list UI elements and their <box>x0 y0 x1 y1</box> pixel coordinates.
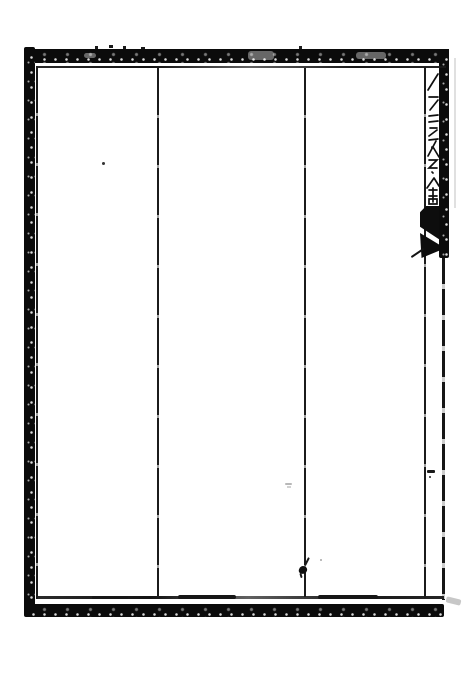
edge-speck <box>109 45 113 48</box>
glyph-fragment <box>429 160 437 173</box>
faint-smudge <box>285 483 292 485</box>
bottom-border-gray-tail <box>445 596 461 605</box>
column-divider-2 <box>304 68 306 597</box>
inner-frame-left-rule <box>36 66 38 599</box>
scan-border-right-broken <box>442 258 445 600</box>
scanned-book-page <box>0 0 468 673</box>
glyph-fragment <box>429 115 438 136</box>
column-divider-1 <box>157 68 159 597</box>
bottom-rule-ink-lump <box>92 596 128 599</box>
glyph-fragment <box>429 97 438 110</box>
scan-border-bottom <box>26 604 444 617</box>
fold-title-glyph-fragments <box>425 66 441 208</box>
border-wear-streak <box>248 51 274 60</box>
bottom-rule-ink-lump <box>318 595 378 599</box>
ink-speck <box>102 162 105 165</box>
bottom-rule-ink-lump <box>178 595 236 599</box>
edge-speck <box>141 47 145 49</box>
edge-speck <box>95 46 98 49</box>
fold-tick-mark <box>427 470 435 473</box>
border-wear-streak <box>84 53 96 58</box>
glyph-fragment <box>427 178 439 204</box>
faint-dot <box>320 559 322 561</box>
edge-speck <box>299 46 302 49</box>
scan-border-left <box>24 47 35 617</box>
fold-dot <box>429 476 431 478</box>
edge-speck <box>123 46 126 49</box>
scan-border-top <box>26 49 448 63</box>
page-edge-shadow <box>454 58 456 208</box>
faint-smudge <box>287 486 291 488</box>
glyph-fragment <box>428 74 438 90</box>
inner-frame-top-rule <box>36 66 446 68</box>
border-wear-streak <box>356 52 386 59</box>
ink-speck <box>431 146 434 149</box>
